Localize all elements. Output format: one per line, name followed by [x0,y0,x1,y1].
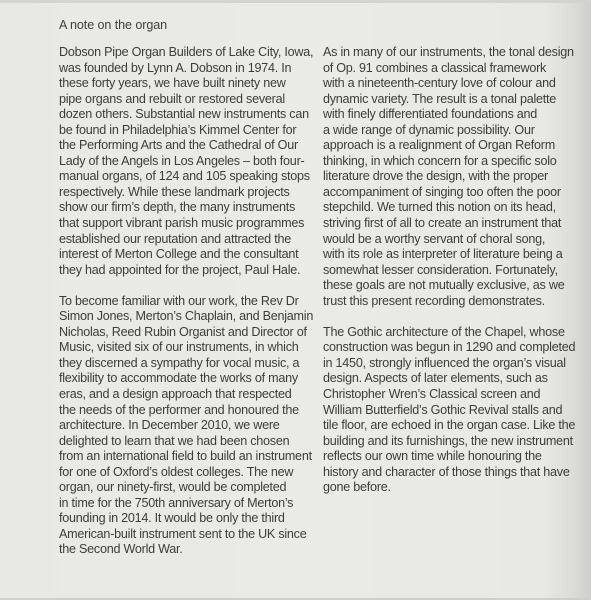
text-line: eras, and a design approach that respect… [59,387,319,403]
text-line: of Op. 91 combines a classical framework [323,61,585,77]
text-line: these forty years, we have built ninety … [59,76,319,92]
text-line: dozen others. Substantial new instrument… [59,107,319,123]
text-line: these goals are not mutually exclusive, … [323,278,585,294]
right-column: As in many of our instruments, the tonal… [323,45,585,511]
text-line: gone before. [323,480,585,496]
text-line: history and character of those things th… [323,465,585,481]
text-line: the Performing Arts and the Cathedral of… [59,138,319,154]
text-line: flexibility to accommodate the works of … [59,371,319,387]
text-line: trust this present recording demonstrate… [323,294,585,310]
text-line: American-built instrument sent to the UK… [59,527,319,543]
page-heading: A note on the organ [59,17,167,33]
text-line: stepchild. We turned this notion on its … [323,200,585,216]
paragraph-tonal-design: As in many of our instruments, the tonal… [323,45,585,309]
text-line: organ, our ninety-first, would be comple… [59,480,319,496]
text-line: delighted to learn that we had been chos… [59,434,319,450]
text-line: be found in Philadelphia’s Kimmel Center… [59,123,319,139]
text-line: Simon Jones, Merton’s Chaplain, and Benj… [59,309,319,325]
text-line: established our reputation and attracted… [59,232,319,248]
text-line: that support vibrant parish music progra… [59,216,319,232]
paragraph-merton-selection: To become familiar with our work, the Re… [59,294,319,558]
text-line: building and its furnishings, the new in… [323,434,585,450]
booklet-page: A note on the organ Dobson Pipe Organ Bu… [0,0,591,600]
text-line: Christopher Wren’s Classical screen and [323,387,585,403]
text-line: from an international field to build an … [59,449,319,465]
text-line: would be a worthy servant of choral song… [323,232,585,248]
text-line: interest of Merton College and the consu… [59,247,319,263]
paragraph-dobson-history: Dobson Pipe Organ Builders of Lake City,… [59,45,319,278]
text-line: Music, visited six of our instruments, i… [59,340,319,356]
text-line: Lady of the Angels in Los Angeles – both… [59,154,319,170]
text-line: construction was begun in 1290 and compl… [323,340,585,356]
text-line: architecture. In December 2010, we were [59,418,319,434]
paragraph-gothic-architecture: The Gothic architecture of the Chapel, w… [323,325,585,496]
text-line: accompaniment of singing too often the p… [323,185,585,201]
text-line: reflects our own time while honouring th… [323,449,585,465]
text-line: manual organs, of 124 and 105 speaking s… [59,169,319,185]
text-line: William Butterfield’s Gothic Revival sta… [323,403,585,419]
text-line: thinking, in which concern for a specifi… [323,154,585,170]
text-line: Dobson Pipe Organ Builders of Lake City,… [59,45,319,61]
text-line: with its role as interpreter of literatu… [323,247,585,263]
text-line: they had appointed for the project, Paul… [59,263,319,279]
text-line: To become familiar with our work, the Re… [59,294,319,310]
text-line: Nicholas, Reed Rubin Organist and Direct… [59,325,319,341]
text-line: approach is a realignment of Organ Refor… [323,138,585,154]
text-line: was founded by Lynn A. Dobson in 1974. I… [59,61,319,77]
text-line: design. Aspects of later elements, such … [323,371,585,387]
text-line: in time for the 750th anniversary of Mer… [59,496,319,512]
left-column: Dobson Pipe Organ Builders of Lake City,… [59,45,319,574]
text-line: a wide range of dynamic possibility. Our [323,123,585,139]
text-line: they discerned a sympathy for vocal musi… [59,356,319,372]
text-line: pipe organs and rebuilt or restored seve… [59,92,319,108]
text-line: dynamic variety. The result is a tonal p… [323,92,585,108]
page-top-edge [0,0,591,3]
text-line: the needs of the performer and honoured … [59,403,319,419]
text-line: respectively. While these landmark proje… [59,185,319,201]
text-line: The Gothic architecture of the Chapel, w… [323,325,585,341]
text-line: somewhat lesser consideration. Fortunate… [323,263,585,279]
text-line: As in many of our instruments, the tonal… [323,45,585,61]
text-line: literature drove the design, with the pr… [323,169,585,185]
text-line: with a nineteenth-century love of colour… [323,76,585,92]
text-line: the Second World War. [59,542,319,558]
text-line: for one of Oxford’s oldest colleges. The… [59,465,319,481]
text-line: with finely differentiated foundations a… [323,107,585,123]
text-line: show our firm’s depth, the many instrume… [59,200,319,216]
text-line: founding in 2014. It would be only the t… [59,511,319,527]
text-line: striving first of all to create an instr… [323,216,585,232]
text-line: tile floor, are echoed in the organ case… [323,418,585,434]
text-line: in 1450, strongly influenced the organ’s… [323,356,585,372]
